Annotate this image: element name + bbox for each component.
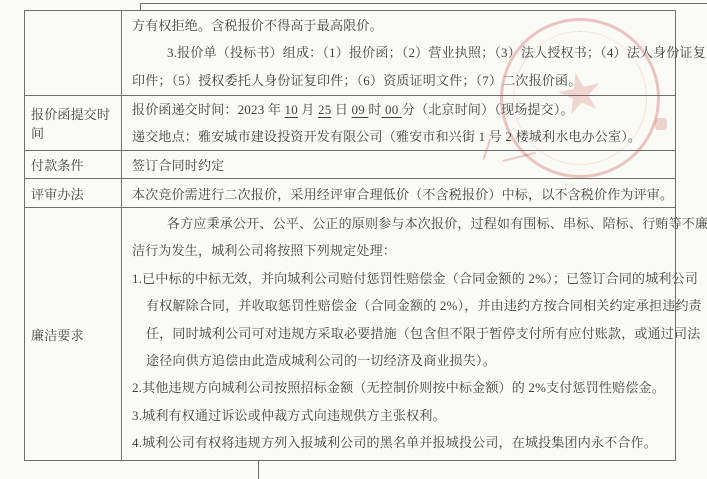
row-label-empty xyxy=(31,11,119,95)
text-line: 本次竞价需进行二次报价，采用经评审合理低价（不含税报价）中标，以不含税价作为评审… xyxy=(132,184,673,203)
row-content: 方有权拒绝。含税报价不得高于最高限价。 3.报价单（投标书）组成：（1）报价函；… xyxy=(132,11,670,95)
text-line: 任，同时城利公司可对违规方采取必要措施（包含但不限于暂停支付所有应付账款，或通过… xyxy=(132,320,670,347)
text-line: 3.报价单（投标书）组成：（1）报价函；（2）营业执照；（3）法人授权书；（4）… xyxy=(132,39,670,66)
row-label: 报价函提交时间 xyxy=(31,96,119,150)
scanned-document-page: 方有权拒绝。含税报价不得高于最高限价。 3.报价单（投标书）组成：（1）报价函；… xyxy=(0,0,707,479)
table-row-bid-document-composition: 方有权拒绝。含税报价不得高于最高限价。 3.报价单（投标书）组成：（1）报价函；… xyxy=(25,11,675,95)
table-row-integrity-requirements: 廉洁要求 各方应秉承公开、公平、公正的原则参与本次报价，过程如有围标、串标、陪标… xyxy=(25,207,675,460)
text-line: 方有权拒绝。含税报价不得高于最高限价。 xyxy=(132,12,670,39)
row-content: 各方应秉承公开、公平、公正的原则参与本次报价，过程如有围标、串标、陪标、行贿等不… xyxy=(132,208,670,460)
text-line: 签订合同时约定 xyxy=(132,155,224,174)
row-label: 付款条件 xyxy=(31,151,119,178)
text-line: 有权解除合同，并收取惩罚性赔偿金（合同金额的 2%），并由违约方按合同相关约定承… xyxy=(132,292,670,319)
bid-terms-table: 方有权拒绝。含税报价不得高于最高限价。 3.报价单（投标书）组成：（1）报价函；… xyxy=(24,10,676,461)
row-content: 报价函递交时间：2023 年 10 月 25 日 09 时 00 分（北京时间）… xyxy=(132,96,670,150)
text-line: 1.已中标的中标无效，并向城利公司赔付惩罚性赔偿金（合同金额的 2%）；已签订合… xyxy=(132,265,670,292)
table-row-evaluation-method: 评审办法 本次竞价需进行二次报价，采用经评审合理低价（不含税报价）中标，以不含税… xyxy=(25,178,675,207)
text-line: 印件；（5）授权委托人身份证复印件；（6）资质证明文件；（7）二次报价函。 xyxy=(132,67,670,94)
text-line: 3.城利有权通过诉讼或仲裁方式向违规供方主张权利。 xyxy=(132,402,670,429)
text-line: 各方应秉承公开、公平、公正的原则参与本次报价，过程如有围标、串标、陪标、行贿等不… xyxy=(132,210,670,237)
submission-time-line: 报价函递交时间：2023 年 10 月 25 日 09 时 00 分（北京时间）… xyxy=(132,96,670,123)
row-label: 廉洁要求 xyxy=(31,208,119,460)
row-content: 本次竞价需进行二次报价，采用经评审合理低价（不含税报价）中标，以不含税价作为评审… xyxy=(132,179,670,207)
text-line: 2.其他违规方向城利公司按照招标金额（无控制价则按中标金额）的 2%支付惩罚性赔… xyxy=(132,374,670,401)
table-row-submission-time: 报价函提交时间 报价函递交时间：2023 年 10 月 25 日 09 时 00… xyxy=(25,95,675,150)
previous-section-border xyxy=(140,3,707,4)
text-line: 途径向供方追偿由此造成城利公司的一切经济及商业损失）。 xyxy=(132,347,670,374)
submission-place-line: 递交地点：雅安城市建设投资开发有限公司（雅安市和兴街 1 号 2 楼城利水电办公… xyxy=(132,123,670,150)
row-content: 签订合同时约定 xyxy=(132,151,670,178)
text-line: 4.城利公司有权将违规方列入报城利公司的黑名单并报城投公司，在城投集团内永不合作… xyxy=(132,429,670,456)
row-label: 评审办法 xyxy=(31,179,119,207)
next-section-divider-stub xyxy=(258,461,259,479)
table-row-payment-terms: 付款条件 签订合同时约定 xyxy=(25,150,675,178)
text-line: 洁行为发生，城利公司将按照下列规定处理： xyxy=(132,237,670,264)
